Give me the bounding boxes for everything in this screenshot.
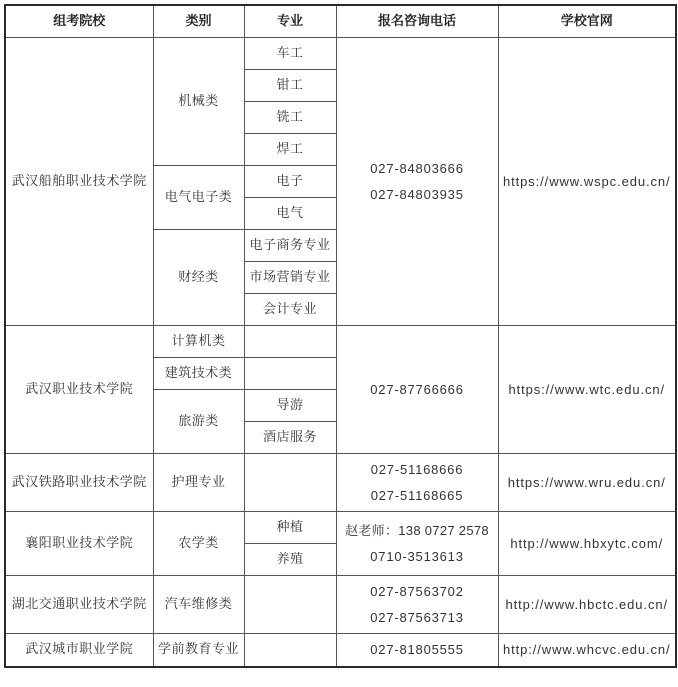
website-link[interactable]: https://www.wspc.edu.cn/: [498, 38, 676, 326]
website-link[interactable]: https://www.wru.edu.cn/: [498, 454, 676, 512]
header-major: 专业: [244, 5, 336, 38]
phone-number: 027-81805555: [337, 637, 498, 663]
category-cell: 财经类: [153, 230, 244, 326]
table-row: 襄阳职业技术学院 农学类 种植 赵老师：138 0727 2578 0710-3…: [5, 512, 676, 544]
category-cell: 汽车维修类: [153, 576, 244, 634]
category-cell: 农学类: [153, 512, 244, 576]
phone-number: 027-84803666: [337, 156, 498, 182]
phone-number: 027-87563713: [337, 605, 498, 631]
major-cell: [244, 454, 336, 512]
phone-number: 027-87563702: [337, 579, 498, 605]
table-row: 武汉铁路职业技术学院 护理专业 027-51168666 027-5116866…: [5, 454, 676, 512]
table-row: 武汉城市职业学院 学前教育专业 027-81805555 http://www.…: [5, 634, 676, 667]
header-category: 类别: [153, 5, 244, 38]
website-link[interactable]: https://www.wtc.edu.cn/: [498, 326, 676, 454]
phone-number: 027-84803935: [337, 182, 498, 208]
header-website: 学校官网: [498, 5, 676, 38]
phone-cell: 027-81805555: [336, 634, 498, 667]
school-name-cell: 武汉船舶职业技术学院: [5, 38, 153, 326]
table-row: 武汉职业技术学院 计算机类 027-87766666 https://www.w…: [5, 326, 676, 358]
phone-cell: 027-87766666: [336, 326, 498, 454]
vocational-college-admissions-table: 组考院校 类别 专业 报名咨询电话 学校官网 武汉船舶职业技术学院 机械类 车工…: [4, 4, 677, 668]
category-cell: 计算机类: [153, 326, 244, 358]
phone-cell: 027-84803666 027-84803935: [336, 38, 498, 326]
major-cell: 养殖: [244, 544, 336, 576]
major-cell: 酒店服务: [244, 422, 336, 454]
header-phone: 报名咨询电话: [336, 5, 498, 38]
phone-number: 027-51168665: [337, 483, 498, 509]
major-cell: 电子: [244, 166, 336, 198]
major-cell: 车工: [244, 38, 336, 70]
header-school: 组考院校: [5, 5, 153, 38]
major-cell: 电气: [244, 198, 336, 230]
website-link[interactable]: http://www.hbctc.edu.cn/: [498, 576, 676, 634]
phone-cell: 027-87563702 027-87563713: [336, 576, 498, 634]
category-cell: 护理专业: [153, 454, 244, 512]
phone-number: 027-51168666: [337, 457, 498, 483]
school-name-cell: 襄阳职业技术学院: [5, 512, 153, 576]
school-name-cell: 武汉职业技术学院: [5, 326, 153, 454]
school-name-cell: 湖北交通职业技术学院: [5, 576, 153, 634]
major-cell: 焊工: [244, 134, 336, 166]
phone-number: 0710-3513613: [337, 544, 498, 570]
major-cell: [244, 358, 336, 390]
website-link[interactable]: http://www.hbxytc.com/: [498, 512, 676, 576]
category-cell: 电气电子类: [153, 166, 244, 230]
major-cell: 会计专业: [244, 294, 336, 326]
major-cell: [244, 326, 336, 358]
major-cell: 钳工: [244, 70, 336, 102]
category-cell: 建筑技术类: [153, 358, 244, 390]
major-cell: 种植: [244, 512, 336, 544]
major-cell: 导游: [244, 390, 336, 422]
phone-number: 027-87766666: [337, 377, 498, 403]
school-name-cell: 武汉铁路职业技术学院: [5, 454, 153, 512]
category-cell: 机械类: [153, 38, 244, 166]
major-cell: 铣工: [244, 102, 336, 134]
table-row: 湖北交通职业技术学院 汽车维修类 027-87563702 027-875637…: [5, 576, 676, 634]
major-cell: 电子商务专业: [244, 230, 336, 262]
major-cell: [244, 576, 336, 634]
phone-number: 赵老师：138 0727 2578: [337, 518, 498, 544]
category-cell: 旅游类: [153, 390, 244, 454]
school-name-cell: 武汉城市职业学院: [5, 634, 153, 667]
phone-cell: 027-51168666 027-51168665: [336, 454, 498, 512]
major-cell: 市场营销专业: [244, 262, 336, 294]
major-cell: [244, 634, 336, 667]
website-link[interactable]: http://www.whcvc.edu.cn/: [498, 634, 676, 667]
category-cell: 学前教育专业: [153, 634, 244, 667]
table-row: 武汉船舶职业技术学院 机械类 车工 027-84803666 027-84803…: [5, 38, 676, 70]
phone-cell: 赵老师：138 0727 2578 0710-3513613: [336, 512, 498, 576]
header-row: 组考院校 类别 专业 报名咨询电话 学校官网: [5, 5, 676, 38]
